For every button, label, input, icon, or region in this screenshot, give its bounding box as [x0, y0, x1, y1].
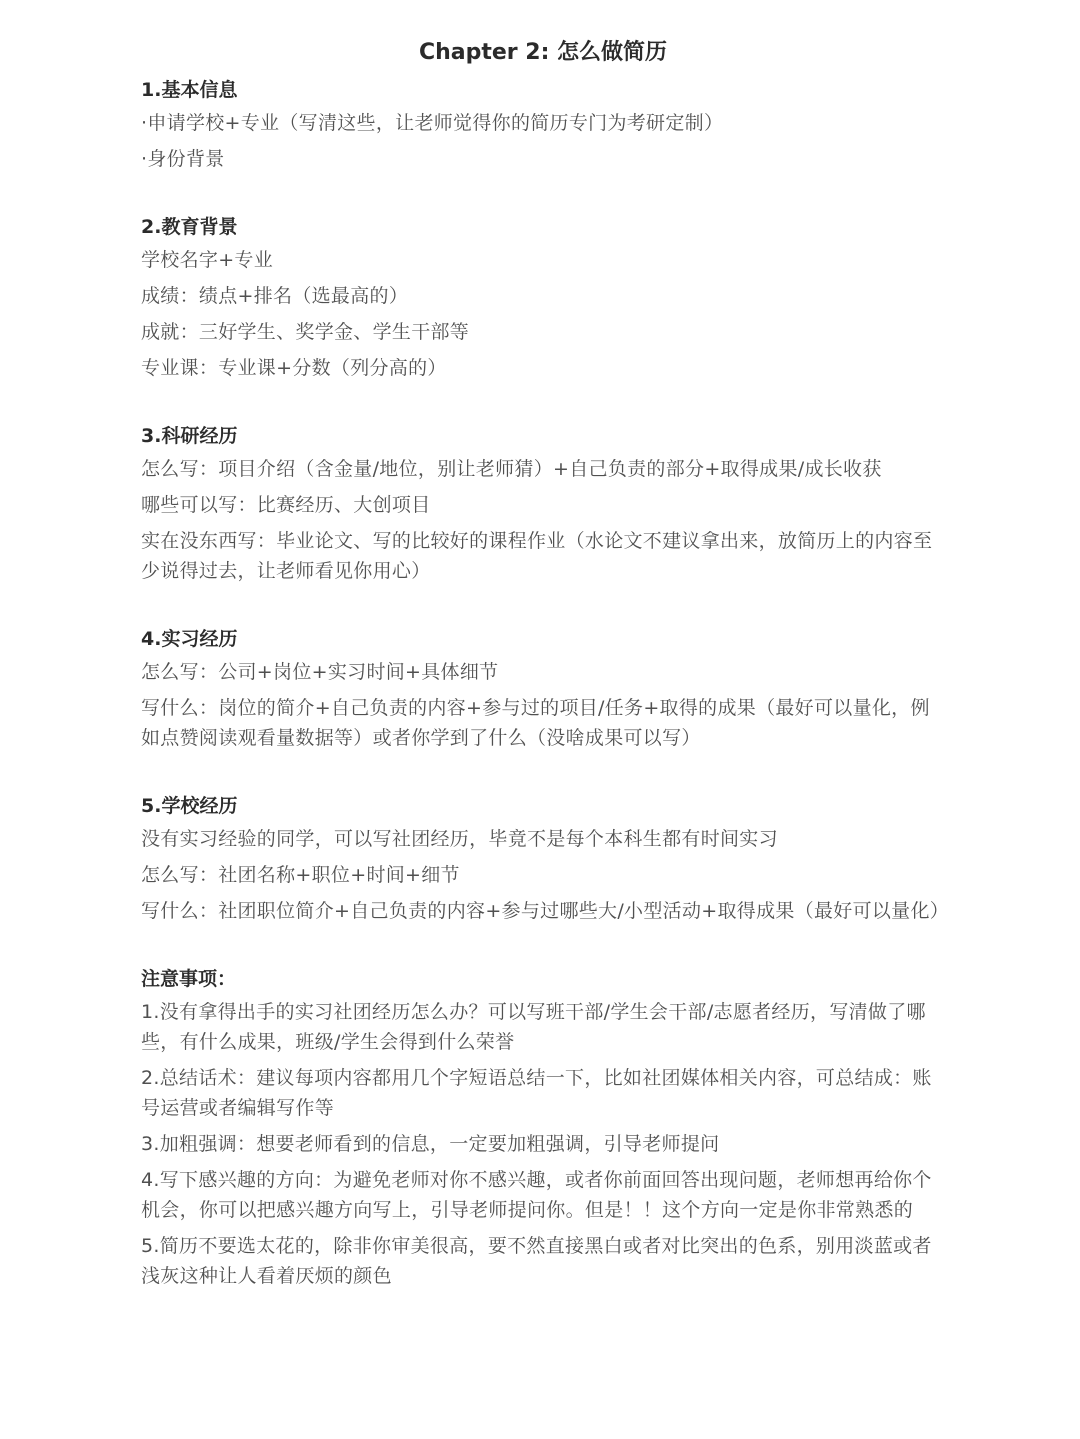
text-line: 成绩：绩点+排名（选最高的） — [141, 281, 941, 311]
section-heading: 5.学校经历 — [141, 788, 941, 824]
section-school-experience: 5.学校经历 没有实习经验的同学，可以写社团经历，毕竟不是每个本科生都有时间实习… — [141, 788, 941, 926]
text-line: 学校名字+专业 — [141, 245, 941, 275]
section-research: 3.科研经历 怎么写：项目介绍（含金量/地位，别让老师猜）+自己负责的部分+取得… — [141, 418, 941, 586]
text-line: 专业课：专业课+分数（列分高的） — [141, 353, 941, 383]
bullet-line: ·身份背景 — [141, 144, 941, 174]
text-line: 怎么写：公司+岗位+实习时间+具体细节 — [141, 657, 941, 687]
note-item: 4.写下感兴趣的方向：为避免老师对你不感兴趣，或者你前面回答出现问题，老师想再给… — [141, 1165, 941, 1225]
section-heading: 4.实习经历 — [141, 621, 941, 657]
text-line: 写什么：社团职位简介+自己负责的内容+参与过哪些大/小型活动+取得成果（最好可以… — [141, 896, 941, 926]
section-heading: 2.教育背景 — [141, 209, 941, 245]
section-education: 2.教育背景 学校名字+专业 成绩：绩点+排名（选最高的） 成就：三好学生、奖学… — [141, 209, 941, 383]
note-item: 5.简历不要选太花的，除非你审美很高，要不然直接黑白或者对比突出的色系，别用淡蓝… — [141, 1231, 941, 1291]
section-basic-info: 1.基本信息 ·申请学校+专业（写清这些，让老师觉得你的简历专门为考研定制） ·… — [141, 72, 941, 174]
note-item: 1.没有拿得出手的实习社团经历怎么办？可以写班干部/学生会干部/志愿者经历，写清… — [141, 997, 941, 1057]
text-line: 哪些可以写：比赛经历、大创项目 — [141, 490, 941, 520]
bullet-line: ·申请学校+专业（写清这些，让老师觉得你的简历专门为考研定制） — [141, 108, 941, 138]
section-heading: 1.基本信息 — [141, 72, 941, 108]
text-line: 没有实习经验的同学，可以写社团经历，毕竟不是每个本科生都有时间实习 — [141, 824, 941, 854]
section-internship: 4.实习经历 怎么写：公司+岗位+实习时间+具体细节 写什么：岗位的简介+自己负… — [141, 621, 941, 753]
text-line: 怎么写：项目介绍（含金量/地位，别让老师猜）+自己负责的部分+取得成果/成长收获 — [141, 454, 941, 484]
text-line: 实在没东西写：毕业论文、写的比较好的课程作业（水论文不建议拿出来，放简历上的内容… — [141, 526, 941, 586]
text-line: 写什么：岗位的简介+自己负责的内容+参与过的项目/任务+取得的成果（最好可以量化… — [141, 693, 941, 753]
page-title: Chapter 2: 怎么做简历 — [0, 36, 1080, 70]
text-line: 成就：三好学生、奖学金、学生干部等 — [141, 317, 941, 347]
document-body: 1.基本信息 ·申请学校+专业（写清这些，让老师觉得你的简历专门为考研定制） ·… — [141, 72, 941, 1326]
section-heading: 3.科研经历 — [141, 418, 941, 454]
note-item: 2.总结话术：建议每项内容都用几个字短语总结一下，比如社团媒体相关内容，可总结成… — [141, 1063, 941, 1123]
section-heading: 注意事项： — [141, 961, 941, 997]
section-notes: 注意事项： 1.没有拿得出手的实习社团经历怎么办？可以写班干部/学生会干部/志愿… — [141, 961, 941, 1291]
text-line: 怎么写：社团名称+职位+时间+细节 — [141, 860, 941, 890]
note-item: 3.加粗强调：想要老师看到的信息，一定要加粗强调，引导老师提问 — [141, 1129, 941, 1159]
